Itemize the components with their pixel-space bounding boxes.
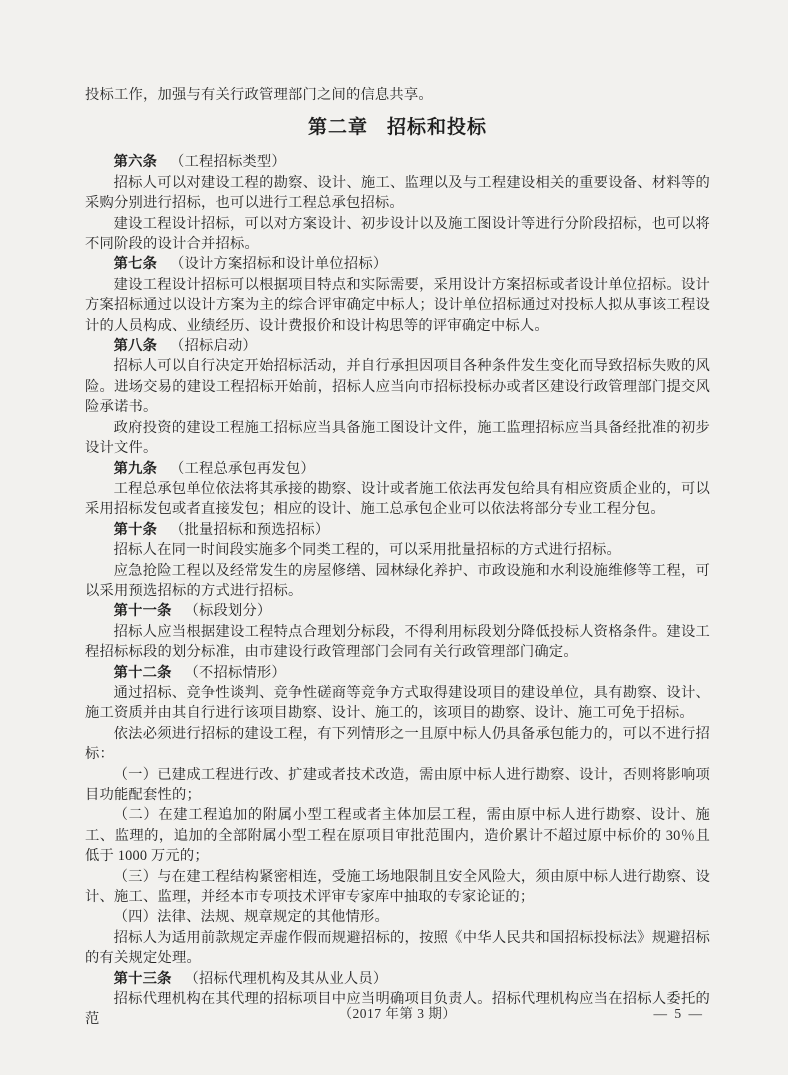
article-number: 第十二条 (114, 665, 172, 681)
document-page: 投标工作，加强与有关行政管理部门之间的信息共享。第二章招标和投标第六条（工程招标… (0, 0, 788, 1075)
document-body: 投标工作，加强与有关行政管理部门之间的信息共享。第二章招标和投标第六条（工程招标… (85, 85, 710, 1030)
article-number: 第八条 (114, 338, 158, 354)
article-heading: 第十二条（不招标情形） (85, 663, 710, 683)
article-title: （招标启动） (170, 338, 257, 354)
paragraph: 招标人在同一时间段实施多个同类工程的，可以采用批量招标的方式进行招标。 (85, 540, 710, 560)
paragraph: 应急抢险工程以及经常发生的房屋修缮、园林绿化养护、市政设施和水利设施维修等工程，… (85, 561, 710, 602)
article-title: （设计方案招标和设计单位招标） (170, 256, 387, 272)
paragraph: 招标人可以自行决定开始招标活动，并自行承担因项目各种条件发生变化而导致招标失败的… (85, 356, 710, 417)
article-heading: 第十一条（标段划分） (85, 601, 710, 621)
paragraph: 工程总承包单位依法将其承接的勘察、设计或者施工依法再发包给具有相应资质企业的，可… (85, 479, 710, 520)
page-footer: （2017 年第 3 期） — 5 — (85, 1003, 710, 1025)
article-title: （工程总承包再发包） (170, 461, 315, 477)
article-title: （标段划分） (184, 603, 271, 619)
paragraph: 投标工作，加强与有关行政管理部门之间的信息共享。 (85, 85, 710, 105)
article-title: （批量招标和预选招标） (170, 522, 329, 538)
chapter-heading: 第二章招标和投标 (85, 116, 710, 140)
article-heading: 第十条（批量招标和预选招标） (85, 520, 710, 540)
paragraph: 招标人为适用前款规定弄虚作假而规避招标的，按照《中华人民共和国招标投标法》规避招… (85, 928, 710, 969)
article-number: 第六条 (114, 154, 158, 170)
paragraph: 建设工程设计招标，可以对方案设计、初步设计以及施工图设计等进行分阶段招标，也可以… (85, 214, 710, 255)
paragraph: 政府投资的建设工程施工招标应当具备施工图设计文件，施工监理招标应当具备经批准的初… (85, 418, 710, 459)
paragraph: （二）在建工程追加的附属小型工程或者主体加层工程，需由原中标人进行勘察、设计、施… (85, 805, 710, 866)
paragraph: 招标人应当根据建设工程特点合理划分标段，不得利用标段划分降低投标人资格条件。建设… (85, 622, 710, 663)
paragraph: 建设工程设计招标可以根据项目特点和实际需要，采用设计方案招标或者设计单位招标。设… (85, 275, 710, 336)
article-number: 第九条 (114, 461, 158, 477)
article-heading: 第八条（招标启动） (85, 336, 710, 356)
article-heading: 第九条（工程总承包再发包） (85, 459, 710, 479)
paragraph: （四）法律、法规、规章规定的其他情形。 (85, 907, 710, 927)
article-heading: 第七条（设计方案招标和设计单位招标） (85, 254, 710, 274)
article-title: （招标代理机构及其从业人员） (184, 971, 387, 987)
article-number: 第七条 (114, 256, 158, 272)
issue-label: （2017 年第 3 期） (85, 1003, 710, 1025)
paragraph: 通过招标、竞争性谈判、竞争性磋商等竞争方式取得建设项目的建设单位，具有勘察、设计… (85, 683, 710, 724)
article-number: 第十条 (114, 522, 158, 538)
paragraph: 依法必须进行招标的建设工程，有下列情形之一且原中标人仍具备承包能力的，可以不进行… (85, 724, 710, 765)
paragraph: （三）与在建工程结构紧密相连，受施工场地限制且安全风险大，须由原中标人进行勘察、… (85, 867, 710, 908)
article-heading: 第十三条（招标代理机构及其从业人员） (85, 969, 710, 989)
page-number: — 5 — (654, 1003, 705, 1025)
paragraph: 招标人可以对建设工程的勘察、设计、施工、监理以及与工程建设相关的重要设备、材料等… (85, 173, 710, 214)
chapter-title: 招标和投标 (387, 117, 487, 138)
article-heading: 第六条（工程招标类型） (85, 152, 710, 172)
chapter-number: 第二章 (308, 117, 368, 138)
article-title: （工程招标类型） (170, 154, 286, 170)
article-title: （不招标情形） (184, 665, 285, 681)
article-number: 第十一条 (114, 603, 172, 619)
paragraph: （一）已建成工程进行改、扩建或者技术改造，需由原中标人进行勘察、设计，否则将影响… (85, 765, 710, 806)
article-number: 第十三条 (114, 971, 172, 987)
